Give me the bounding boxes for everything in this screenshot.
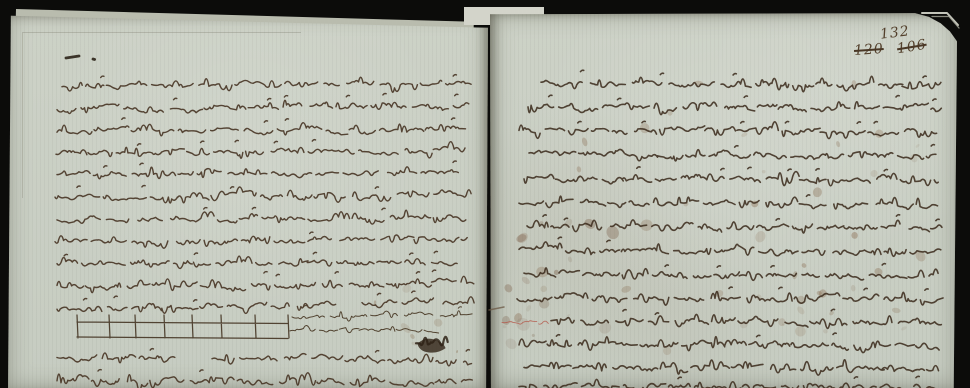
manuscript-scan: 132 120 106	[0, 0, 970, 388]
left-page	[8, 12, 488, 388]
right-page-mottling	[490, 12, 957, 388]
left-page-crease	[22, 32, 301, 198]
crossed-out-page-number: 120	[853, 41, 884, 59]
right-page	[490, 12, 957, 388]
